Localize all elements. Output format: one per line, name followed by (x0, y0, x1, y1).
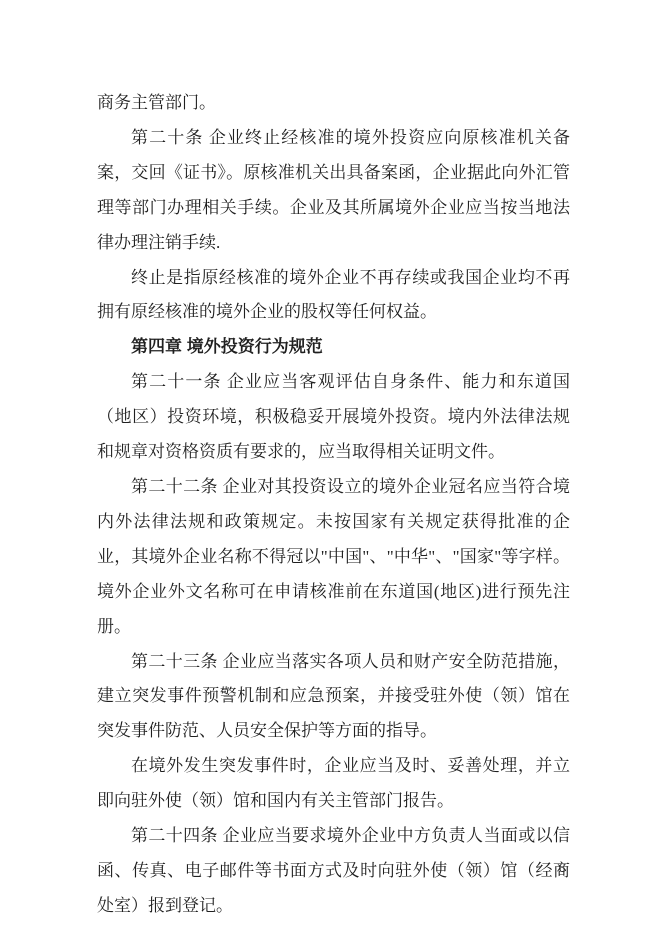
paragraph: 第二十一条 企业应当客观评估自身条件、能力和东道国（地区）投资环境，积极稳妥开展… (97, 365, 570, 470)
paragraph: 第二十二条 企业对其投资设立的境外企业冠名应当符合境内外法律法规和政策规定。未按… (97, 470, 570, 645)
document-body: 商务主管部门。第二十条 企业终止经核准的境外投资应向原核准机关备案，交回《证书》… (97, 86, 570, 924)
paragraph: 第二十三条 企业应当落实各项人员和财产安全防范措施，建立突发事件预警机制和应急预… (97, 645, 570, 750)
paragraph: 第二十条 企业终止经核准的境外投资应向原核准机关备案，交回《证书》。原核准机关出… (97, 121, 570, 261)
chapter-heading: 第四章 境外投资行为规范 (97, 330, 570, 365)
paragraph: 商务主管部门。 (97, 86, 570, 121)
document-page: 商务主管部门。第二十条 企业终止经核准的境外投资应向原核准机关备案，交回《证书》… (0, 0, 661, 935)
paragraph: 终止是指原经核准的境外企业不再存续或我国企业均不再拥有原经核准的境外企业的股权等… (97, 261, 570, 331)
page-number: 6 (552, 860, 572, 876)
paragraph: 第二十四条 企业应当要求境外企业中方负责人当面或以信函、传真、电子邮件等书面方式… (97, 819, 570, 924)
paragraph: 在境外发生突发事件时，企业应当及时、妥善处理，并立即向驻外使（领）馆和国内有关主… (97, 749, 570, 819)
